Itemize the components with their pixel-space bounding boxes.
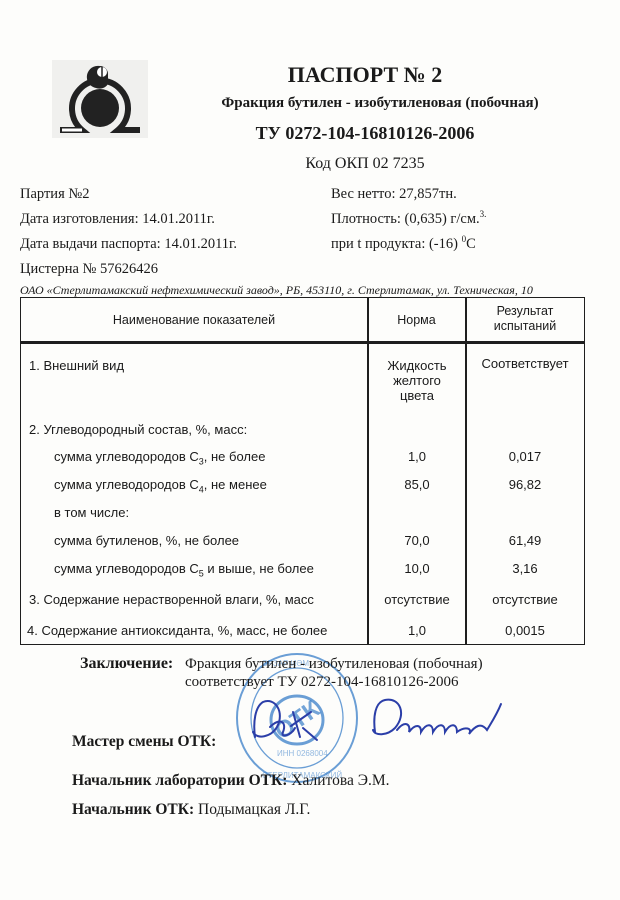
name-prefix: сумма углеводородов С [54, 449, 199, 464]
product-temperature: при t продукта: (-16) 0C [331, 236, 476, 253]
product-name: Фракция бутилен - изобутиленовая (побочн… [165, 95, 595, 112]
norm-line: цвета [368, 388, 466, 403]
row-result: отсутствие [466, 592, 584, 608]
lab-head-label: Начальник лаборатории ОТК: [72, 772, 287, 789]
temperature-value: при t продукта: (-16) [331, 236, 462, 252]
norm-line: Жидкость [368, 358, 466, 373]
tank-number: Цистерна № 57626426 [20, 261, 158, 278]
net-weight: Вес нетто: 27,857тн. [331, 186, 457, 203]
lab-head-signature: Начальник лаборатории ОТК: Халитова Э.М. [72, 772, 389, 790]
okp-code: Код ОКП 02 7235 [200, 155, 530, 173]
header-result: Результат испытаний [466, 304, 584, 334]
row-name: сумма бутиленов, %, не более [54, 533, 239, 549]
lab-head-name: Халитова Э.М. [291, 772, 389, 789]
row-result: 0,017 [466, 449, 584, 465]
row-name: 3. Содержание нерастворенной влаги, %, м… [29, 592, 314, 608]
name-prefix: сумма углеводородов С [54, 477, 199, 492]
name-suffix: , не менее [204, 477, 267, 492]
row-result: 3,16 [466, 561, 584, 577]
conclusion: Заключение: Фракция бутилен - изобутилен… [80, 655, 173, 673]
row-name: 2. Углеводородный состав, %, масс: [29, 422, 247, 438]
header-norm: Норма [368, 313, 465, 328]
name-suffix: и выше, не более [204, 561, 314, 576]
row-name: в том числе: [54, 505, 129, 521]
row-norm: 10,0 [368, 561, 466, 577]
passport-issue-date: Дата выдачи паспорта: 14.01.2011г. [20, 236, 237, 253]
row-name: сумма углеводородов С5 и выше, не более [54, 561, 314, 582]
row-norm: отсутствие [368, 592, 466, 608]
spec-number: ТУ 0272-104-16810126-2006 [200, 123, 530, 144]
row-result: 61,49 [466, 533, 584, 549]
svg-text:ИНН 0268004: ИНН 0268004 [277, 749, 328, 758]
header-divider [21, 341, 584, 344]
otk-head-name: Подымацкая Л.Г. [198, 801, 310, 818]
density: Плотность: (0,635) г/см.3. [331, 211, 486, 228]
company-address: ОАО «Стерлитамакский нефтехимический зав… [20, 283, 533, 298]
row-result: Соответствует [466, 356, 584, 372]
row-name: 1. Внешний вид [29, 358, 124, 374]
row-norm: Жидкость желтого цвета [368, 358, 466, 403]
row-norm: 1,0 [368, 623, 466, 639]
conclusion-label: Заключение: [80, 655, 173, 672]
row-name: сумма углеводородов С4, не менее [54, 477, 267, 498]
row-norm: 70,0 [368, 533, 466, 549]
conclusion-line1: Фракция бутилен - изобутиленовая (побочн… [185, 656, 483, 673]
signature-icon [225, 692, 525, 752]
header-result-line2: испытаний [466, 319, 584, 334]
row-name: 4. Содержание антиоксиданта, %, масс, не… [27, 623, 327, 639]
header-name: Наименование показателей [21, 313, 367, 328]
name-suffix: , не более [204, 449, 266, 464]
row-result: 96,82 [466, 477, 584, 493]
otk-head-label: Начальник ОТК: [72, 801, 194, 818]
row-name: сумма углеводородов С3, не более [54, 449, 265, 470]
row-norm: 85,0 [368, 477, 466, 493]
density-value: Плотность: (0,635) г/см. [331, 211, 480, 227]
test-results-table: Наименование показателей Норма Результат… [20, 297, 585, 645]
otk-head-signature: Начальник ОТК: Подымацкая Л.Г. [72, 801, 310, 819]
shift-master-label: Мастер смены ОТК: [72, 733, 216, 750]
document-title: ПАСПОРТ № 2 [200, 62, 530, 88]
stamp-text: ОТК [270, 695, 325, 745]
header-result-line1: Результат [466, 304, 584, 319]
batch-number: Партия №2 [20, 186, 89, 203]
row-norm: 1,0 [368, 449, 466, 465]
company-logo-icon [52, 60, 148, 138]
row-result: 0,0015 [466, 623, 584, 639]
conclusion-line2: соответствует ТУ 0272-104-16810126-2006 [185, 674, 458, 691]
name-prefix: сумма углеводородов С [54, 561, 199, 576]
temperature-unit: C [466, 236, 476, 252]
shift-master-signature: Мастер смены ОТК: [72, 733, 216, 751]
manufacture-date: Дата изготовления: 14.01.2011г. [20, 211, 215, 228]
density-superscript: 3. [480, 209, 487, 219]
norm-line: желтого [368, 373, 466, 388]
